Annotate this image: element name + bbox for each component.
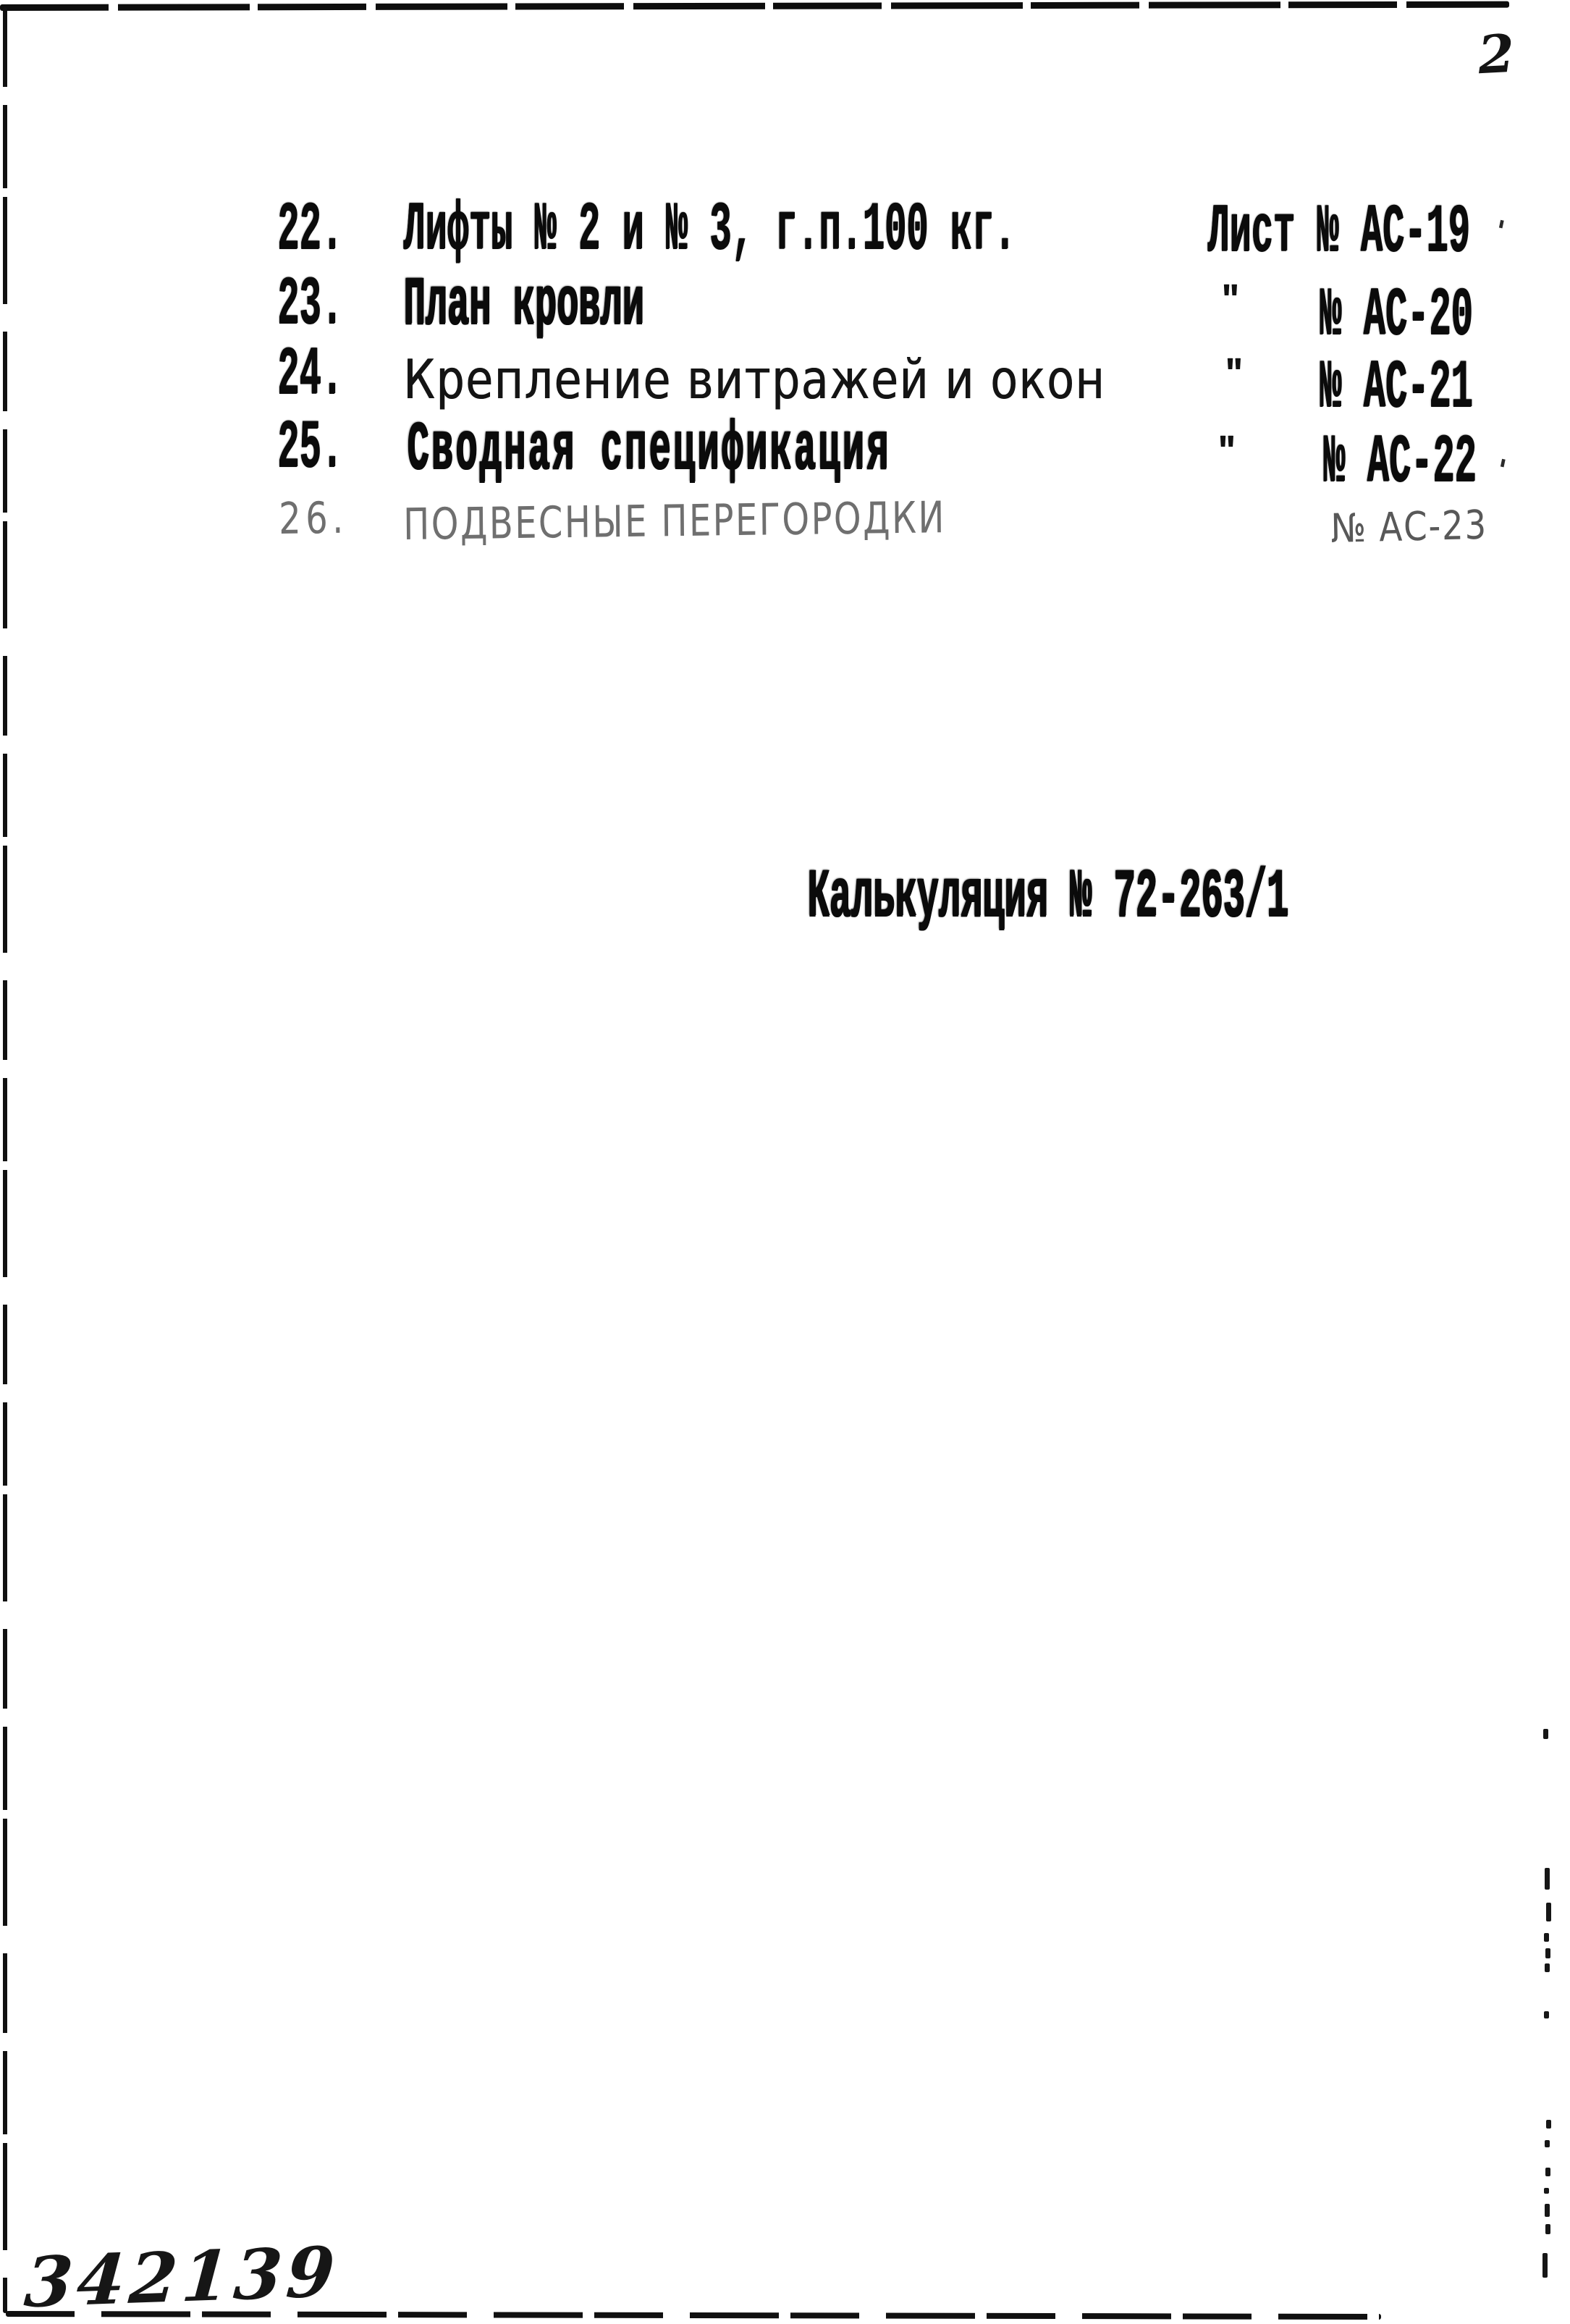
tick-mark: ' xyxy=(1493,216,1507,247)
edge-mark xyxy=(1545,1948,1550,1958)
item-title: План кровли xyxy=(403,271,643,340)
edge-mark xyxy=(1545,1963,1550,1972)
edge-mark xyxy=(1545,1868,1550,1890)
sheet-ref: № АС-22 xyxy=(1323,429,1477,497)
edge-mark xyxy=(1542,2253,1548,2278)
handwritten-archive-number: 342139 xyxy=(22,2232,342,2323)
edge-mark xyxy=(1544,2188,1549,2194)
item-number: 23. xyxy=(277,271,343,340)
sheet-ref: № АС-23 xyxy=(1330,505,1487,549)
ditto-mark: " xyxy=(1220,284,1241,319)
item-title: Сводная спецификация xyxy=(407,416,890,484)
sheet-ref: Лист № АС-19 xyxy=(1207,198,1470,267)
edge-mark xyxy=(1545,2224,1550,2234)
edge-mark xyxy=(1545,2168,1550,2176)
tick-mark: ' xyxy=(1494,455,1508,486)
item-title: Крепление витражей и окон xyxy=(403,353,1105,407)
edge-mark xyxy=(1544,2011,1549,2018)
item-number: 26. xyxy=(279,497,348,541)
item-number: 25. xyxy=(277,414,343,483)
edge-mark xyxy=(1543,1729,1548,1739)
page-border-left xyxy=(3,7,7,2313)
scanned-document-page: 2 22. Лифты № 2 и № 3, г.п.100 кг. Лист … xyxy=(0,0,1570,2324)
sheet-ref: № АС-20 xyxy=(1320,282,1473,350)
item-number: 22. xyxy=(277,196,343,265)
item-title: Лифты № 2 и № 3, г.п.100 кг. xyxy=(403,196,1016,265)
edge-mark xyxy=(1546,1903,1551,1921)
page-number: 2 xyxy=(1477,22,1516,86)
item-number: 24. xyxy=(277,341,343,410)
edge-mark xyxy=(1545,2140,1550,2147)
edge-mark xyxy=(1545,2204,1550,2217)
edge-mark xyxy=(1546,2120,1551,2129)
calculation-note: Калькуляция № 72-263/1 xyxy=(807,863,1288,932)
item-title: ПОДВЕСНЫЕ ПЕРЕГОРОДКИ xyxy=(403,496,946,547)
sheet-ref: № АС-21 xyxy=(1320,354,1473,423)
page-border-top xyxy=(0,1,1509,11)
ditto-mark: " xyxy=(1216,435,1237,470)
edge-mark xyxy=(1544,1933,1549,1942)
ditto-mark: " xyxy=(1223,358,1244,392)
